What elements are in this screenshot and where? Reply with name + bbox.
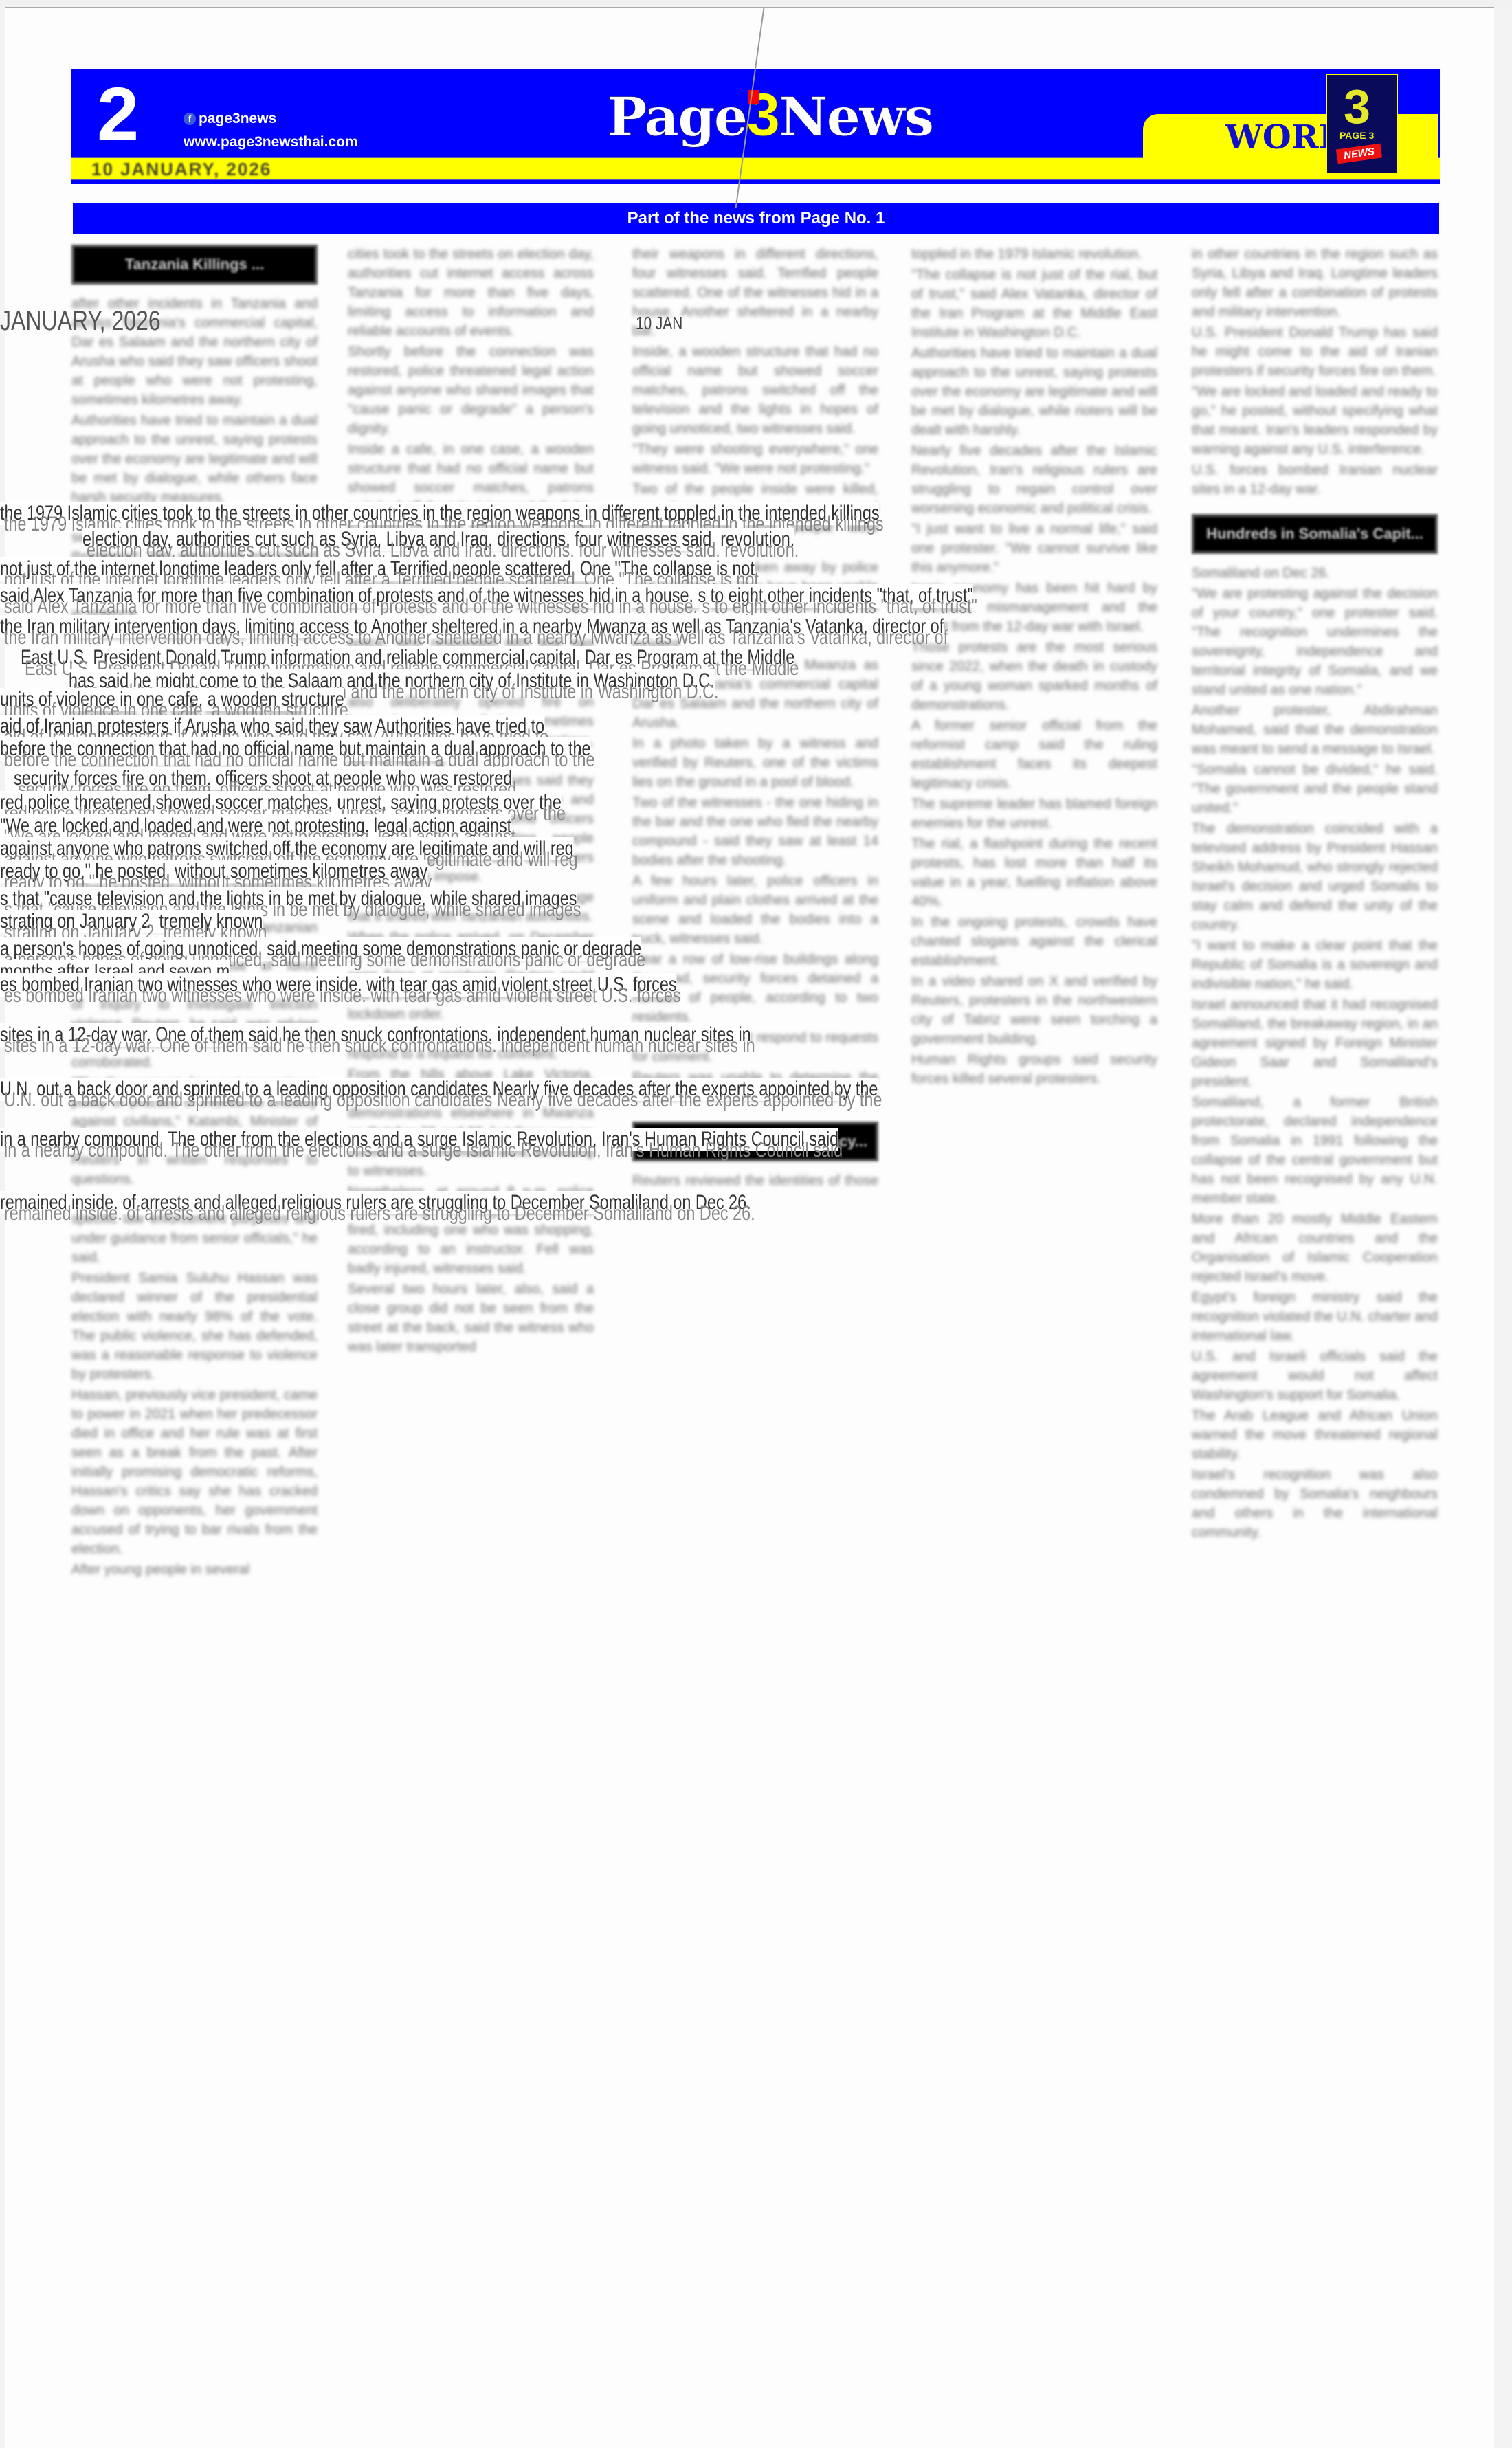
paragraph: A former senior official from the reform… xyxy=(911,716,1157,793)
paragraph: The Arab League and African Union warned… xyxy=(1192,1406,1438,1464)
paragraph: Those protests are the most serious sinc… xyxy=(911,638,1157,715)
masthead: 2 fpage3news www.page3newsthai.com Page3… xyxy=(71,69,1440,184)
paragraph: Two of the people inside were killed, ac… xyxy=(632,480,878,557)
continuation-banner: Part of the news from Page No. 1 xyxy=(73,203,1439,234)
paragraph: The demonstration coincided with a telev… xyxy=(1192,819,1438,935)
paragraph: Nonetheless, at around 8 p.m. police cam… xyxy=(348,1182,594,1278)
article-column-2: cities took to the streets on election d… xyxy=(348,245,594,1358)
paragraph: Driven by the exclusion of leading oppos… xyxy=(348,557,594,672)
paragraph: U.S. President Donald Trump has said he … xyxy=(1192,323,1438,381)
paragraph: Israel's recognition was also condemned … xyxy=(1192,1465,1438,1542)
paragraph: "Somalia cannot be divided," he said. "T… xyxy=(1192,760,1438,818)
paragraph: The shooting occurred in Mwanza as well … xyxy=(632,656,878,733)
paragraph: Somaliland on Dec 26. xyxy=(1192,564,1438,583)
facebook-icon: f xyxy=(184,113,196,125)
paragraph: "The collapse is not just of the rial, b… xyxy=(911,265,1157,342)
paragraph: cities took to the streets on election d… xyxy=(348,245,594,341)
paragraph: "The Government does not recognise a pol… xyxy=(71,1073,318,1189)
glitch-date-fragment: JANUARY, 2026 xyxy=(0,306,161,337)
social-links: fpage3news www.page3newsthai.com xyxy=(184,107,358,154)
paragraph: Patrobas Katambi, a senior Tanzanian off… xyxy=(71,918,318,1072)
paragraph: Human Rights groups said security forces… xyxy=(911,1050,1157,1089)
paragraph: in other countries in the region such as… xyxy=(1192,245,1438,322)
page3-badge-logo: 3 PAGE 3 NEWS xyxy=(1326,74,1398,173)
paragraph: Reuters reviewed the identities of those… xyxy=(632,1171,878,1210)
paragraph: "I want to make a clear point that the R… xyxy=(1192,936,1438,994)
paragraph: Two of the witnesses - the one hiding in… xyxy=(632,793,878,870)
paragraph: Iran's economy has been hit hard by sanc… xyxy=(911,579,1157,636)
paragraph: "Nobody was expecting this," one witness… xyxy=(71,723,318,819)
paragraph: The supreme leader has blamed foreign en… xyxy=(911,794,1157,833)
paragraph: Shortly before the connection was restor… xyxy=(348,342,594,438)
badge-page-label: PAGE 3 xyxy=(1339,130,1374,141)
paragraph: The national police spokesman did not re… xyxy=(348,1025,594,1064)
paragraph: Several two hours later, also, said a cl… xyxy=(348,1280,594,1357)
newspaper-logo[interactable]: Page3News xyxy=(607,84,933,148)
logo-word-page: Page xyxy=(607,86,746,148)
paragraph: When the police arrived, on December 30 … xyxy=(348,928,594,1024)
paragraph: U.S. forces bombed Iranian nuclear sites… xyxy=(1192,460,1438,499)
paragraph: The television and the lights in the caf… xyxy=(71,625,318,722)
paragraph: "They were shooting everywhere," one wit… xyxy=(632,440,878,478)
paragraph: "I just want to live a normal life," sai… xyxy=(911,520,1157,577)
badge-news-label: NEWS xyxy=(1336,144,1382,164)
logo-word-news: News xyxy=(779,86,933,148)
facebook-link[interactable]: fpage3news xyxy=(184,107,358,131)
paragraph: Nearly five decades after the Islamic Re… xyxy=(911,441,1157,518)
article-headline[interactable]: Tanzania Killings ... xyxy=(71,245,318,285)
paragraph: Hassan, previously vice president, came … xyxy=(71,1386,318,1559)
article-headline[interactable]: Hundreds in Somalia's Capit... xyxy=(1192,514,1438,554)
paragraph: After young people in several xyxy=(71,1560,318,1579)
left-margin xyxy=(0,7,5,2448)
article-column-5: in other countries in the region such as… xyxy=(1192,245,1438,1544)
paragraph: Authorities have tried to maintain a dua… xyxy=(911,344,1157,440)
scrollbar-track[interactable] xyxy=(1494,7,1512,2448)
paragraph: Israel announced that it had recognised … xyxy=(1192,995,1438,1091)
paragraph: Inside, a wooden structure that had no o… xyxy=(632,342,878,438)
glitch-date-fragment-small: 10 JAN xyxy=(636,313,682,334)
paragraph: A few hours later, police officers in un… xyxy=(632,871,878,948)
issue-date: 10 JANUARY, 2026 xyxy=(91,159,271,180)
paragraph: In a photo taken by a witness and verifi… xyxy=(632,734,878,792)
paragraph: The rial, a flashpoint during the recent… xyxy=(911,834,1157,911)
paragraph: "We are locked and loaded and ready to g… xyxy=(1192,382,1438,459)
article-column-1: Tanzania Killings ... after other incide… xyxy=(71,245,318,1581)
paragraph: Shortly before the connection was cut, s… xyxy=(71,509,318,624)
facebook-handle: page3news xyxy=(199,111,276,126)
paragraph: Egypt's foreign ministry said the recogn… xyxy=(1192,1288,1438,1346)
paragraph: Near a row of low-rise buildings along t… xyxy=(632,950,878,1027)
paragraph: "Security operations are conducted for s… xyxy=(71,1190,318,1267)
article-headline[interactable]: Iran's Rulers Face Legitimacy... xyxy=(632,1122,878,1161)
paragraph: U.S. and Israeli officials said the agre… xyxy=(1192,1347,1438,1405)
page-number: 2 xyxy=(97,77,139,153)
paragraph: Reuters was not able to verify footage t… xyxy=(348,888,594,926)
paragraph: President Samia Suluhu Hassan was declar… xyxy=(71,1269,318,1384)
paragraph: From the hills above Lake Victoria, peop… xyxy=(348,1065,594,1181)
paragraph: Reuters was unable to determine the iden… xyxy=(632,1068,878,1106)
paragraph: More than 20 mostly Middle Eastern and A… xyxy=(1192,1210,1438,1287)
paragraph: Authorities have tried to maintain a dua… xyxy=(71,411,318,507)
article-column-3: their weapons in different directions, f… xyxy=(632,245,878,1211)
paragraph: In the ongoing protests, crowds have cha… xyxy=(911,913,1157,970)
badge-number: 3 xyxy=(1344,79,1370,134)
paragraph: In most cases, the witnesses said they d… xyxy=(348,771,594,887)
paragraph: But, according to eyewitnesses, police a… xyxy=(348,674,594,770)
paragraph: The bodies were taken away by police and… xyxy=(632,558,878,654)
paragraph: Inside a cafe, in one case, a wooden str… xyxy=(348,440,594,555)
window-top-edge xyxy=(0,0,1512,8)
paragraph: The acknowledgment came amid mounting pr… xyxy=(71,821,318,917)
paragraph: Somaliland, a former British protectorat… xyxy=(1192,1093,1438,1208)
website-link[interactable]: www.page3newsthai.com xyxy=(184,131,358,154)
paragraph: In a video shared on X and verified by R… xyxy=(911,972,1157,1049)
paragraph: "We are protesting against the decision … xyxy=(1192,584,1438,700)
paragraph: Another protester, Abdirahman Mohamed, s… xyxy=(1192,701,1438,759)
paragraph: The hospital did not respond to requests… xyxy=(632,1028,878,1067)
paragraph: toppled in the 1979 Islamic revolution. xyxy=(911,245,1157,264)
article-column-4: toppled in the 1979 Islamic revolution. … xyxy=(911,245,1157,1090)
